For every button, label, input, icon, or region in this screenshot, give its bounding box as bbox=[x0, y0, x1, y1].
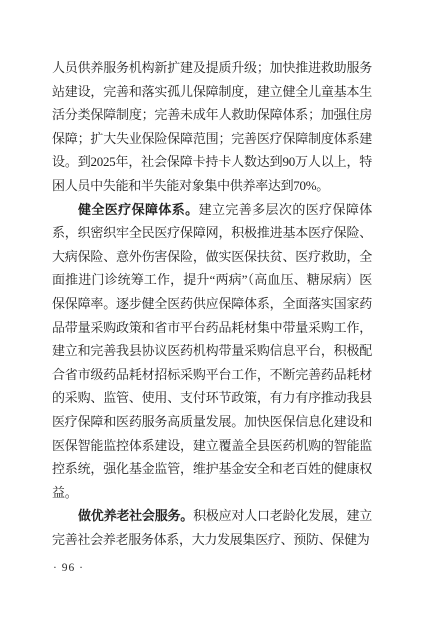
paragraph: 人员供养服务机构新扩建及提质升级；加快推进救助服务站建设，完善和落实孤儿保障制度… bbox=[52, 56, 372, 198]
paragraph: 做优养老社会服务。积极应对人口老龄化发展，建立完善社会养老服务体系，大力发展集医… bbox=[52, 504, 372, 551]
paragraph-lead: 做优养老社会服务。 bbox=[78, 508, 193, 523]
paragraph-text: 建立完善多层次的医疗保障体系，织密织牢全民医疗保障网，积极推进基本医疗保险、大病… bbox=[52, 202, 372, 500]
document-page: 人员供养服务机构新扩建及提质升级；加快推进救助服务站建设，完善和落实孤儿保障制度… bbox=[0, 0, 423, 619]
paragraph: 健全医疗保障体系。建立完善多层次的医疗保障体系，织密织牢全民医疗保障网，积极推进… bbox=[52, 198, 372, 505]
page-number: · 96 · bbox=[53, 562, 84, 574]
paragraph-lead: 健全医疗保障体系。 bbox=[78, 202, 199, 217]
paragraph-text: 人员供养服务机构新扩建及提质升级；加快推进救助服务站建设，完善和落实孤儿保障制度… bbox=[52, 60, 372, 193]
page-body-text: 人员供养服务机构新扩建及提质升级；加快推进救助服务站建设，完善和落实孤儿保障制度… bbox=[52, 56, 372, 551]
